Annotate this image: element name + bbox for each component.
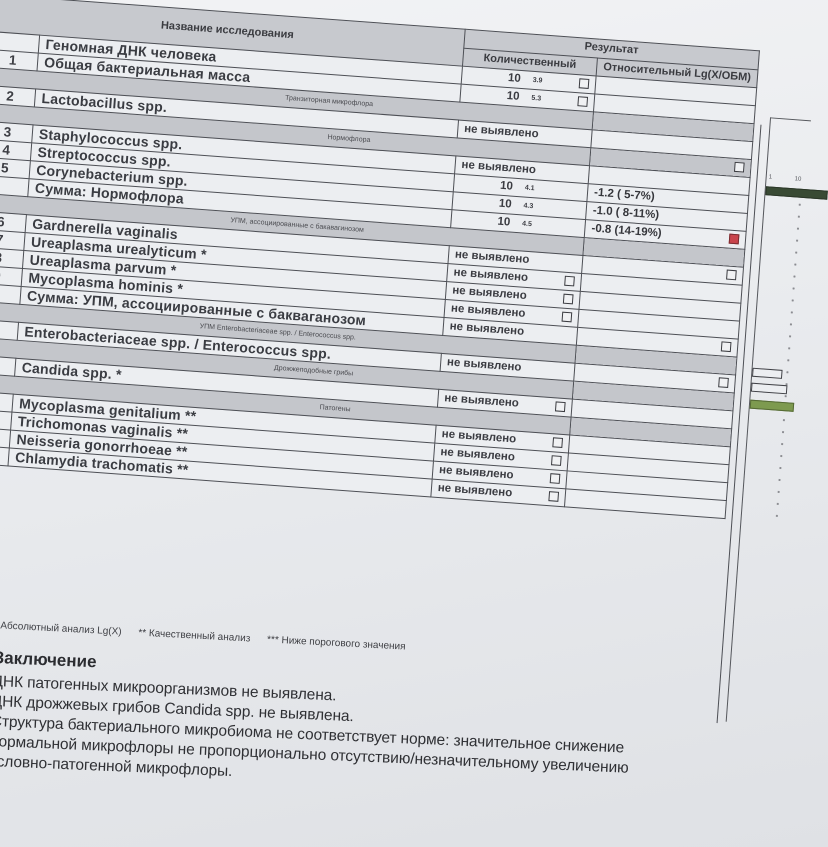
checkbox-icon <box>555 401 566 412</box>
row-number: 7 <box>0 229 25 251</box>
checkbox-icon <box>577 96 588 107</box>
quantitative-text: не выявлено <box>440 446 515 463</box>
value-exponent: 3.9 <box>532 77 542 85</box>
quantitative-text: не выявлено <box>449 320 524 337</box>
report-sheet: Название исследования Результат Количест… <box>0 0 760 519</box>
value-exponent: 4.3 <box>523 203 533 211</box>
scale-tick-10: 10 <box>794 176 801 182</box>
checkbox-icon <box>734 162 745 173</box>
row-number: 4 <box>0 139 32 161</box>
quantitative-text: не выявлено <box>439 464 514 481</box>
checkbox-icon <box>564 276 575 287</box>
row-number: 10 <box>0 319 19 341</box>
scale-dotted-line <box>776 199 801 518</box>
checkbox-icon <box>721 341 732 352</box>
footnote-threshold: *** Ниже порогового значения <box>267 634 406 652</box>
relative-value: -0.8 (14-19%) <box>591 223 662 240</box>
value-base: 10 <box>497 216 511 229</box>
value-base: 10 <box>498 198 512 211</box>
footnote-absolute: * Абсолютный анализ Lg(X) <box>0 620 122 638</box>
row-number: 3 <box>0 121 33 143</box>
checkbox-icon <box>579 78 590 89</box>
footnote-qualitative: ** Качественный анализ <box>138 628 251 645</box>
row-number: 5 <box>0 157 30 179</box>
checkbox-icon <box>548 491 559 502</box>
checkbox-icon <box>550 473 561 484</box>
value-exponent: 4.5 <box>522 220 532 228</box>
row-number <box>0 283 21 305</box>
checkbox-icon <box>726 270 737 281</box>
value-base: 10 <box>500 180 514 193</box>
row-number <box>0 175 29 197</box>
quantitative-text: не выявлено <box>447 356 522 373</box>
results-table: Название исследования Результат Количест… <box>0 0 760 519</box>
checkbox-icon <box>563 294 574 305</box>
row-number: 9 <box>0 265 23 287</box>
conclusion: Заключение ДНК патогенных микроорганизмо… <box>0 648 633 799</box>
quantitative-text: не выявлено <box>444 392 519 409</box>
value-base: 10 <box>508 72 522 85</box>
scale-bar-corynebacterium <box>751 383 788 395</box>
checkbox-icon <box>551 455 562 466</box>
checkbox-icon <box>552 437 563 448</box>
relative-value: -1.0 ( 8-11%) <box>592 205 659 222</box>
value-exponent: 5.3 <box>531 95 541 103</box>
quantitative-text: не выявлено <box>453 267 528 284</box>
relative-value: -1.2 ( 5-7%) <box>594 187 655 203</box>
scale-bar-normoflora-sum <box>750 400 795 412</box>
row-number: 11 <box>0 355 16 377</box>
quantitative-text: не выявлено <box>452 285 527 302</box>
alert-marker-icon <box>729 234 740 245</box>
footnotes: * Абсолютный анализ Lg(X) ** Качественны… <box>0 620 420 653</box>
value-exponent: 4.1 <box>525 185 535 193</box>
row-number: 6 <box>0 211 27 233</box>
value-base: 10 <box>506 90 520 103</box>
scale-bar-streptococcus <box>752 368 783 379</box>
quantitative-text: не выявлено <box>454 249 529 266</box>
checkbox-icon <box>718 377 729 388</box>
row-number: 8 <box>0 247 24 269</box>
row-number: 2 <box>0 85 36 107</box>
quantitative-text: не выявлено <box>441 428 516 445</box>
scale-tick-1: 1 <box>768 174 772 180</box>
scale-bar-total <box>765 186 827 200</box>
checkbox-icon <box>562 312 573 323</box>
results-body: Геномная ДНК человека103.91Общая бактери… <box>0 31 757 518</box>
quantitative-text: не выявлено <box>461 159 536 176</box>
quantitative-text: не выявлено <box>437 482 512 499</box>
quantitative-text: не выявлено <box>451 302 526 319</box>
quantitative-text: не выявлено <box>464 123 539 140</box>
